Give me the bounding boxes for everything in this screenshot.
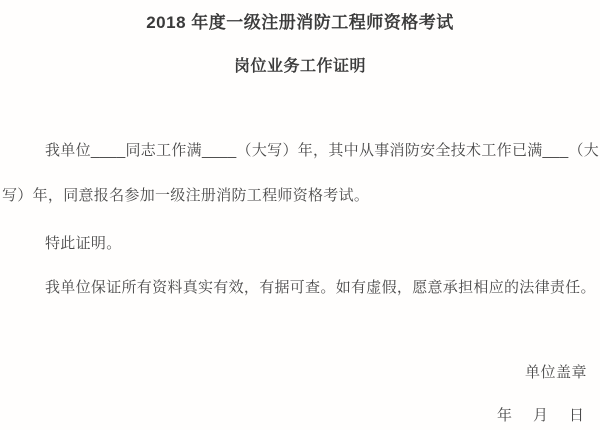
document-subtitle: 岗位业务工作证明 xyxy=(0,53,600,76)
guarantee-statement: 我单位保证所有资料真实有效，有据可查。如有虚假，愿意承担相应的法律责任。 xyxy=(45,276,596,297)
hereby-certify-statement: 特此证明。 xyxy=(45,232,122,253)
paragraph-work-statement-line1: 我单位____同志工作满____（大写）年，其中从事消防安全技术工作已满___（… xyxy=(45,139,599,160)
date-placeholder-line: 年 月 日 xyxy=(497,404,587,425)
unit-seal-label: 单位盖章 xyxy=(525,361,587,382)
work-certificate-document: 2018 年度一级注册消防工程师资格考试 岗位业务工作证明 我单位____同志工… xyxy=(0,0,600,430)
document-title: 2018 年度一级注册消防工程师资格考试 xyxy=(0,8,600,33)
paragraph-work-statement-line2: 写）年，同意报名参加一级注册消防工程师资格考试。 xyxy=(2,184,369,205)
